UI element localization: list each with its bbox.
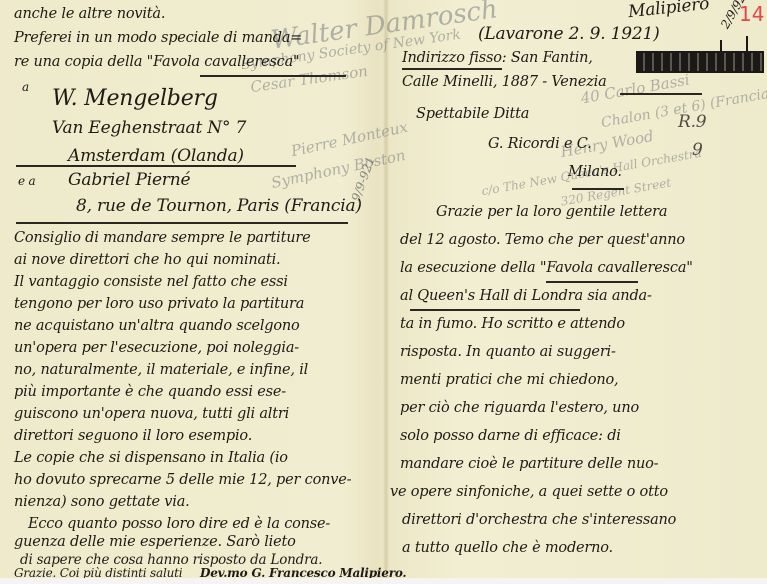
underline [200, 75, 346, 77]
stamp-mark [746, 36, 748, 56]
pencil-mark: 9 [692, 140, 703, 160]
letter-line: menti pratici che mi chiedono, [400, 372, 618, 388]
stamp-mark [720, 40, 722, 56]
right-page: Malipiero 2/9/921 (Lavarone 2. 9. 1921) … [396, 0, 761, 578]
divider [16, 222, 348, 224]
underline [572, 188, 624, 190]
letter-line: mandare cioè le partiture delle nuo- [400, 456, 658, 472]
letter-line: ho dovuto sprecarne 5 delle mie 12, per … [14, 472, 351, 488]
recipient-name: Gabriel Pierné [68, 170, 190, 190]
underline [410, 309, 580, 311]
salutation: Spettabile Ditta [416, 106, 529, 122]
underline [546, 281, 638, 283]
letter-line: nienza) sono gettate via. [14, 494, 190, 510]
letter-line: ta in fumo. Ho scritto e attendo [400, 316, 625, 332]
page-fold [383, 0, 389, 578]
letter-line: Le copie che si dispensano in Italia (io [14, 450, 288, 466]
header-date: 2/9/921 [718, 0, 753, 31]
letter-line: guiscono un'opera nuova, tutti gli altri [14, 406, 289, 422]
letter-line: Il vantaggio consiste nel fatto che essi [14, 274, 288, 290]
header-signature: Malipiero [627, 0, 710, 22]
letter-line: Preferei in un modo speciale di manda= [14, 30, 302, 46]
letter-line: ne acquistano un'altra quando scelgono [14, 318, 300, 334]
divider [16, 165, 296, 167]
crossed-out-stamp [636, 51, 764, 73]
signature: Dev.mo G. Francesco Malipiero. [200, 566, 406, 578]
letter-date-place: (Lavarone 2. 9. 1921) [478, 24, 660, 44]
addressee: G. Ricordi e C. [488, 136, 592, 152]
letter-line: solo posso darne di efficace: di [400, 428, 621, 444]
letter-line: un'opera per l'esecuzione, poi noleggia- [14, 340, 299, 356]
letter-line: risposta. In quanto ai suggeri- [400, 344, 616, 360]
letter-line: Ecco quanto posso loro dire ed è la cons… [28, 516, 330, 532]
recipient-name: W. Mengelberg [52, 86, 218, 111]
letter-line: direttori d'orchestra che s'interessano [402, 512, 676, 528]
letter-line: anche le altre novità. [14, 6, 165, 22]
underline [620, 93, 702, 95]
letter-line: Grazie per la loro gentile lettera [436, 204, 667, 220]
letter-line: no, naturalmente, il materiale, e infine… [14, 362, 308, 378]
letter-line: ve opere sinfoniche, a quei sette o otto [390, 484, 668, 500]
recipient-address: 8, rue de Tournon, Paris (Francia) [76, 196, 362, 216]
left-page: anche le altre novità. Preferei in un mo… [10, 0, 380, 578]
pencil-mark: R.9 [678, 112, 706, 132]
addressee-city: Milano. [568, 164, 622, 180]
letter-line: re una copia della "Favola cavalleresca" [14, 54, 300, 70]
letter-line: a tutto quello che è moderno. [402, 540, 613, 556]
letter-line: e a [18, 174, 35, 188]
letter-line: al Queen's Hall di Londra sia anda- [400, 288, 652, 304]
recipient-city: Amsterdam (Olanda) [68, 146, 244, 166]
recipient-address: Van Eeghenstraat N° 7 [52, 118, 246, 138]
return-address: Indirizzo fisso: San Fantin, [402, 50, 593, 66]
letter-line: ai nove direttori che ho qui nominati. [14, 252, 280, 268]
letter-line: a [22, 80, 29, 94]
letter-line: del 12 agosto. Temo che per quest'anno [400, 232, 685, 248]
letter-line: la esecuzione della "Favola cavalleresca… [400, 260, 693, 276]
letter-line: per ciò che riguarda l'estero, uno [400, 400, 639, 416]
letter-scan: Walter Damrosch Symphony Society of New … [0, 0, 767, 578]
return-address: Calle Minelli, 1887 - Venezia [402, 74, 607, 90]
letter-line: direttori seguono il loro esempio. [14, 428, 252, 444]
underline [402, 68, 502, 70]
letter-line: Consiglio di mandare sempre le partiture [14, 230, 310, 246]
closing: Grazie. Coi più distinti saluti [14, 566, 182, 578]
scan-margin [0, 578, 767, 584]
letter-line: tengono per loro uso privato la partitur… [14, 296, 304, 312]
letter-line: più importante è che quando essi ese- [14, 384, 286, 400]
letter-line: guenza delle mie esperienze. Sarò lieto [14, 534, 296, 550]
